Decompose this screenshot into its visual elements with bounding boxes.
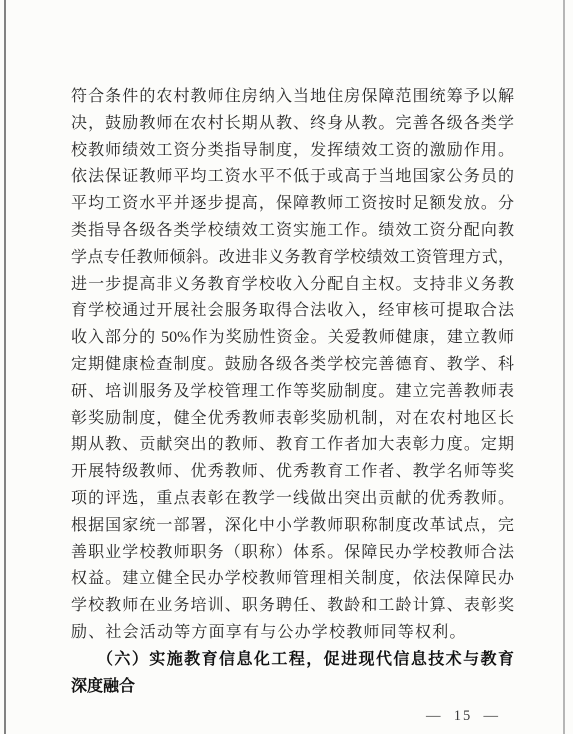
page-number: — 15 —	[426, 706, 500, 726]
body-text-line: 平均工资水平并逐步提高，保障教师工资按时足额发放。分	[71, 191, 514, 218]
body-text-line: 研、培训服务及学校管理工作等奖励制度。建立完善教师表	[71, 379, 514, 406]
body-text-line: 定期健康检查制度。鼓励各级各类学校完善德育、教学、科	[71, 352, 514, 379]
document-page: 符合条件的农村教师住房纳入当地住房保障范围统筹予以解 决，鼓励教师在农村长期从教…	[0, 0, 573, 734]
body-text-line: 决，鼓励教师在农村长期从教、终身从教。完善各级各类学	[71, 111, 514, 138]
body-text-line: 学校教师在业务培训、职务聘任、教龄和工龄计算、表彰奖	[71, 593, 514, 620]
body-text-line: 根据国家统一部署，深化中小学教师职称制度改革试点，完	[71, 513, 514, 540]
section-heading-line2: 深度融合	[71, 674, 514, 701]
page-right-edge-line	[563, 0, 565, 734]
body-text-line: 权益。建立健全民办学校教师管理相关制度，依法保障民办	[71, 566, 514, 593]
body-text-line: 彰奖励制度，健全优秀教师表彰奖励机制，对在农村地区长	[71, 406, 514, 433]
body-text-line: 开展特级教师、优秀教师、优秀教育工作者、教学名师等奖	[71, 459, 514, 486]
body-text-line: 学点专任教师倾斜。改进非义务教育学校绩效工资管理方式，	[71, 245, 514, 272]
body-text-line: 育学校通过开展社会服务取得合法收入，经审核可提取合法	[71, 298, 514, 325]
body-text-line: 类指导各级各类学校绩效工资实施工作。绩效工资分配向教	[71, 218, 514, 245]
body-text-line: 校教师绩效工资分类指导制度，发挥绩效工资的激励作用。	[71, 138, 514, 165]
body-text-line: 收入部分的 50%作为奖励性资金。关爱教师健康，建立教师	[71, 325, 514, 352]
body-text-line: 进一步提高非义务教育学校收入分配自主权。支持非义务教	[71, 272, 514, 299]
page-left-edge-line	[4, 0, 6, 734]
document-body: 符合条件的农村教师住房纳入当地住房保障范围统筹予以解 决，鼓励教师在农村长期从教…	[71, 84, 514, 700]
body-text-line: 善职业学校教师职务（职称）体系。保障民办学校教师合法	[71, 540, 514, 567]
section-heading-line1: （六）实施教育信息化工程，促进现代信息技术与教育	[71, 647, 514, 674]
body-text-line: 项的评选，重点表彰在教学一线做出突出贡献的优秀教师。	[71, 486, 514, 513]
body-text-line: 励、社会活动等方面享有与公办学校教师同等权利。	[71, 620, 514, 647]
body-text-line: 符合条件的农村教师住房纳入当地住房保障范围统筹予以解	[71, 84, 514, 111]
body-text-line: 期从教、贡献突出的教师、教育工作者加大表彰力度。定期	[71, 432, 514, 459]
body-text-line: 依法保证教师平均工资水平不低于或高于当地国家公务员的	[71, 164, 514, 191]
